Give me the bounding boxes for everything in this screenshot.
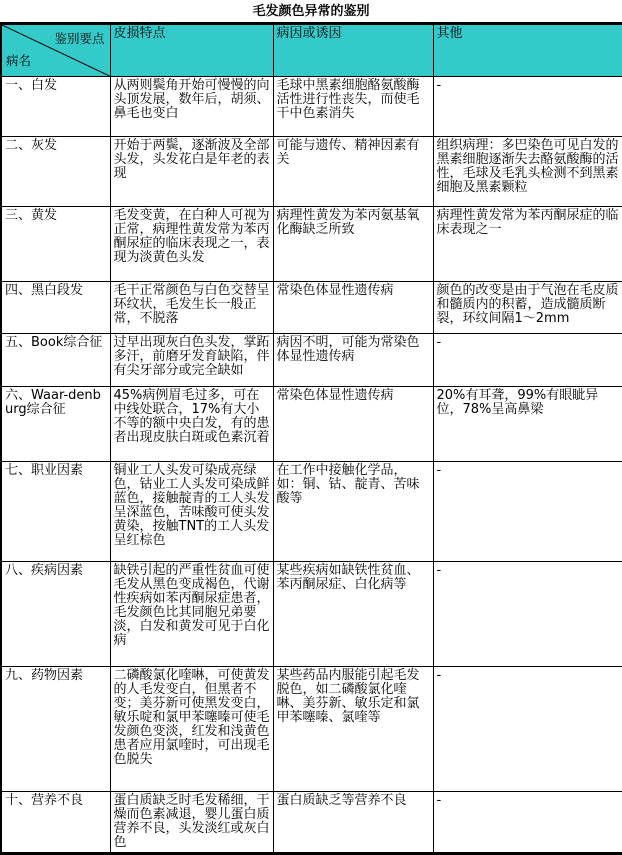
features-cell: 过早出现灰白色头发，掌跖多汗，前磨牙发育缺陷，伴有尖牙部分或完全缺如 (110, 334, 273, 387)
other-cell: 组织病理：多巴染色可见白发的黑素细胞逐渐失去酪氨酸酶的活性，毛球及毛乳头检测不到… (433, 137, 622, 207)
other-cell: - (433, 792, 622, 854)
other-cell: - (433, 462, 622, 562)
features-cell: 毛干正常颜色与白色交替呈环纹状，毛发生长一般正常，不脱落 (110, 282, 273, 334)
other-cell: 颜色的改变是由于气泡在毛皮质和髓质内的积蓄，造成髓质断裂，环纹间隔1～2mm (433, 282, 622, 334)
table-body: 一、白发 从两则鬓角开始可慢慢的向头顶发展，数年后，胡须、鼻毛也变白 毛球中黑素… (1, 77, 622, 854)
features-cell: 蛋白质缺乏时毛发稀细，干燥而色素减退，婴儿蛋白质营养不良，头发淡红或灰白色 (110, 792, 273, 854)
table-row: 七、职业因素 铜业工人头发可染成亮绿色，钴业工人头发可染成鲜蓝色，接触靛青的工人… (1, 462, 622, 562)
features-cell: 毛发变黄，在白种人可视为正常，病理性黄发常为苯丙酮尿症的临床表现之一，表现为淡黄… (110, 207, 273, 282)
features-cell: 45%病例眉毛过多，可在中线处联合，17%有大小不等的额中央白发，有的患者出现皮… (110, 387, 273, 462)
header-row: 鉴别要点 病名 皮损特点 病因或诱因 其他 (1, 24, 622, 77)
table-row: 四、黑白段发 毛干正常颜色与白色交替呈环纹状，毛发生长一般正常，不脱落 常染色体… (1, 282, 622, 334)
row-name-cell: 四、黑白段发 (1, 282, 110, 334)
table-row: 五、Book综合征 过早出现灰白色头发，掌跖多汗，前磨牙发育缺陷，伴有尖牙部分或… (1, 334, 622, 387)
row-name-cell: 九、药物因素 (1, 667, 110, 792)
column-header-other: 其他 (433, 24, 622, 77)
features-cell: 二磷酸氯化喹啉，可使黄发的人毛发变白，但黑者不变；美芬新可使黑发变白，敏乐啶和氯… (110, 667, 273, 792)
hair-color-comparison-table: 鉴别要点 病名 皮损特点 病因或诱因 其他 一、白发 从两则鬓角开始可慢慢的向头… (0, 22, 622, 855)
table-row: 九、药物因素 二磷酸氯化喹啉，可使黄发的人毛发变白，但黑者不变；美芬新可使黑发变… (1, 667, 622, 792)
other-cell: 20%有耳聋，99%有眼眦异位，78%呈高鼻梁 (433, 387, 622, 462)
row-name-cell: 六、Waar-denburg综合征 (1, 387, 110, 462)
row-name-cell: 十、营养不良 (1, 792, 110, 854)
cause-cell: 常染色体显性遗传病 (273, 387, 433, 462)
other-cell: 病理性黄发常为苯丙酮尿症的临床表现之一 (433, 207, 622, 282)
table-row: 一、白发 从两则鬓角开始可慢慢的向头顶发展，数年后，胡须、鼻毛也变白 毛球中黑素… (1, 77, 622, 137)
cause-cell: 蛋白质缺乏等营养不良 (273, 792, 433, 854)
cause-cell: 病理性黄发为苯丙氨基氧化酶缺乏所致 (273, 207, 433, 282)
table-row: 六、Waar-denburg综合征 45%病例眉毛过多，可在中线处联合，17%有… (1, 387, 622, 462)
other-cell: - (433, 77, 622, 137)
row-name-cell: 八、疾病因素 (1, 562, 110, 667)
table-header: 鉴别要点 病名 皮损特点 病因或诱因 其他 (1, 24, 622, 77)
corner-header-cell: 鉴别要点 病名 (1, 24, 110, 77)
cause-cell: 常染色体显性遗传病 (273, 282, 433, 334)
column-header-features: 皮损特点 (110, 24, 273, 77)
cause-cell: 某些疾病如缺铁性贫血、苯丙酮尿症、白化病等 (273, 562, 433, 667)
page-title: 毛发颜色异常的鉴别 (0, 0, 622, 22)
row-name-cell: 五、Book综合征 (1, 334, 110, 387)
features-cell: 从两则鬓角开始可慢慢的向头顶发展，数年后，胡须、鼻毛也变白 (110, 77, 273, 137)
table-row: 十、营养不良 蛋白质缺乏时毛发稀细，干燥而色素减退，婴儿蛋白质营养不良，头发淡红… (1, 792, 622, 854)
other-cell: - (433, 334, 622, 387)
column-header-cause: 病因或诱因 (273, 24, 433, 77)
document-page: 毛发颜色异常的鉴别 鉴别要点 病名 皮损特点 病因或诱因 其他 (0, 0, 622, 855)
corner-label-criteria: 鉴别要点 (54, 32, 104, 46)
features-cell: 开始于两鬓，逐渐波及全部头发，头发花白是年老的表现 (110, 137, 273, 207)
features-cell: 铜业工人头发可染成亮绿色，钴业工人头发可染成鲜蓝色，接触靛青的工人头发呈深蓝色，… (110, 462, 273, 562)
cause-cell: 毛球中黑素细胞酪氨酸酶活性进行性丧失，而使毛干中色素消失 (273, 77, 433, 137)
features-cell: 缺铁引起的严重性贫血可使毛发从黑色变成褐色，代谢性疾病如苯丙酮尿症患者，毛发颜色… (110, 562, 273, 667)
row-name-cell: 七、职业因素 (1, 462, 110, 562)
row-name-cell: 一、白发 (1, 77, 110, 137)
other-cell: - (433, 667, 622, 792)
row-name-cell: 二、灰发 (1, 137, 110, 207)
cause-cell: 某些药品内服能引起毛发脱色，如二磷酸氯化喹啉、美芬新、敏乐定和氯甲苯噻嗪、氯喹等 (273, 667, 433, 792)
cause-cell: 病因不明，可能为常染色体显性遗传病 (273, 334, 433, 387)
cause-cell: 在工作中接触化学品，如：铜、钴、靛青、苦味酸等 (273, 462, 433, 562)
table-row: 三、黄发 毛发变黄，在白种人可视为正常，病理性黄发常为苯丙酮尿症的临床表现之一，… (1, 207, 622, 282)
cause-cell: 可能与遗传、精神因素有关 (273, 137, 433, 207)
table-row: 二、灰发 开始于两鬓，逐渐波及全部头发，头发花白是年老的表现 可能与遗传、精神因… (1, 137, 622, 207)
table-row: 八、疾病因素 缺铁引起的严重性贫血可使毛发从黑色变成褐色，代谢性疾病如苯丙酮尿症… (1, 562, 622, 667)
row-name-cell: 三、黄发 (1, 207, 110, 282)
corner-label-disease: 病名 (6, 54, 31, 68)
other-cell: - (433, 562, 622, 667)
